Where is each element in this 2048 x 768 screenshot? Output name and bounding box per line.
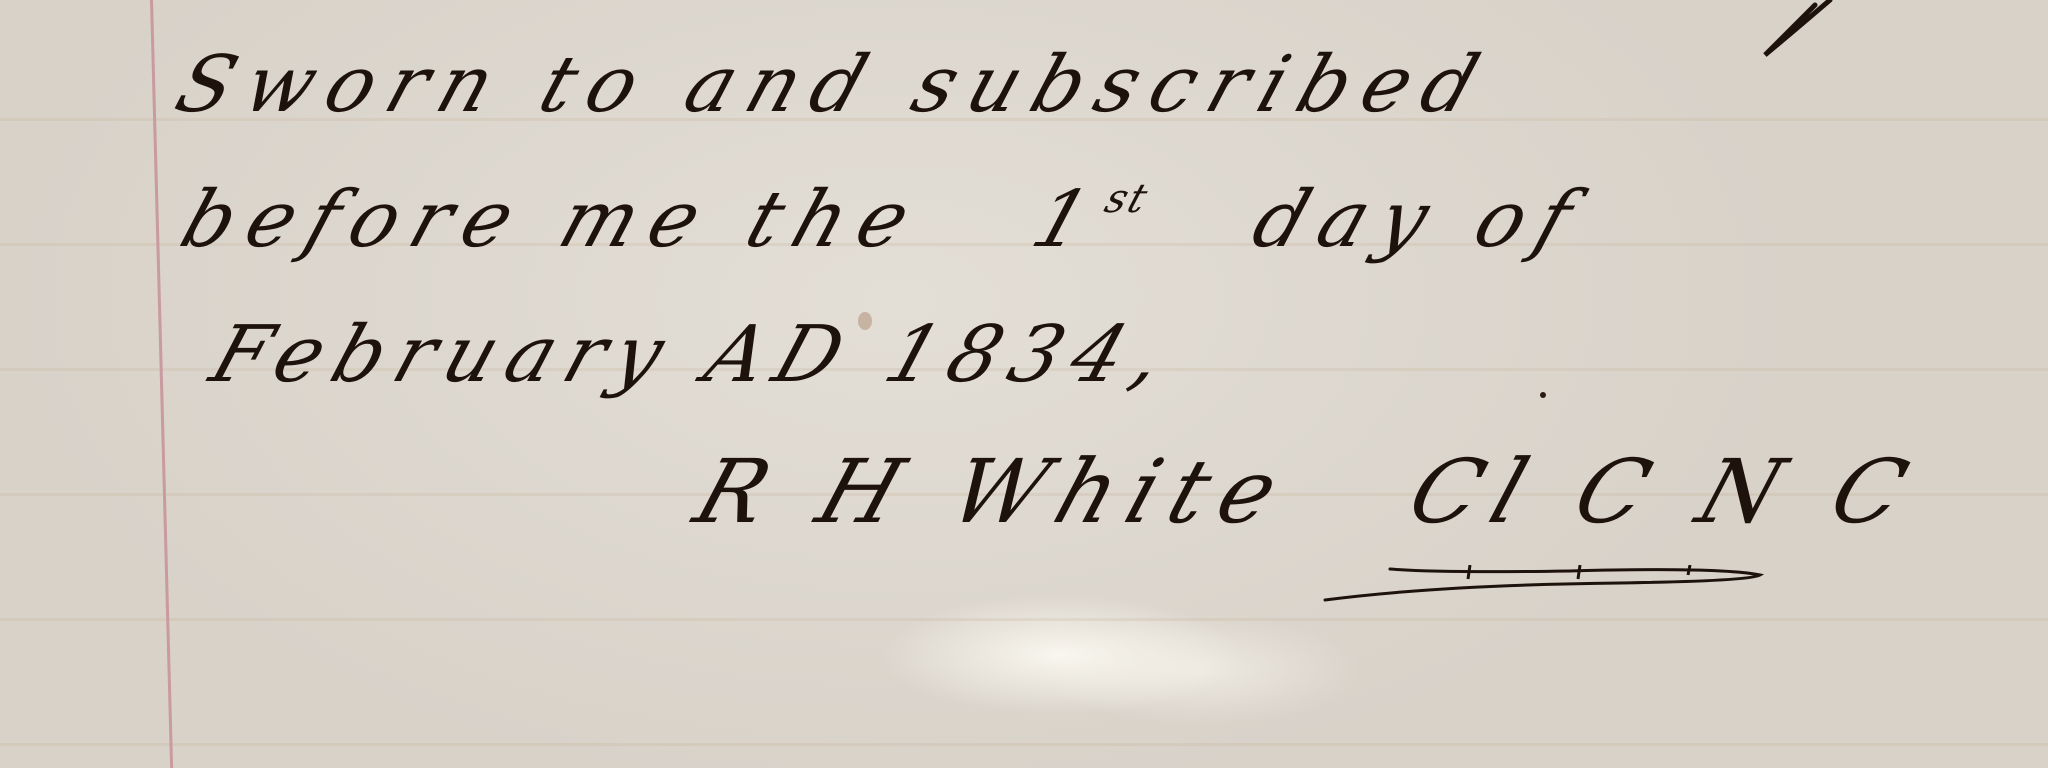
line-before-me: before me the 1st day of	[170, 175, 1596, 265]
signature-name: R H White	[683, 440, 1304, 543]
day-of-text: day of	[1242, 175, 1596, 265]
line-sworn-subscribed: Sworn to and subscribed	[165, 40, 1502, 130]
paper-background: Sworn to and subscribed before me the 1s…	[0, 0, 2048, 768]
signature-flourish	[1320, 565, 1780, 605]
signature: R H White Cl C N C	[683, 440, 1933, 543]
ruled-line	[0, 618, 2048, 621]
ink-dot	[1540, 392, 1546, 398]
partial-letter-stroke	[1755, 0, 1845, 60]
line-date: February AD 1834,	[200, 310, 1186, 400]
signature-title: Cl C N C	[1397, 440, 1934, 543]
ruled-line	[0, 743, 2048, 746]
before-me-text: before me the	[170, 175, 934, 265]
